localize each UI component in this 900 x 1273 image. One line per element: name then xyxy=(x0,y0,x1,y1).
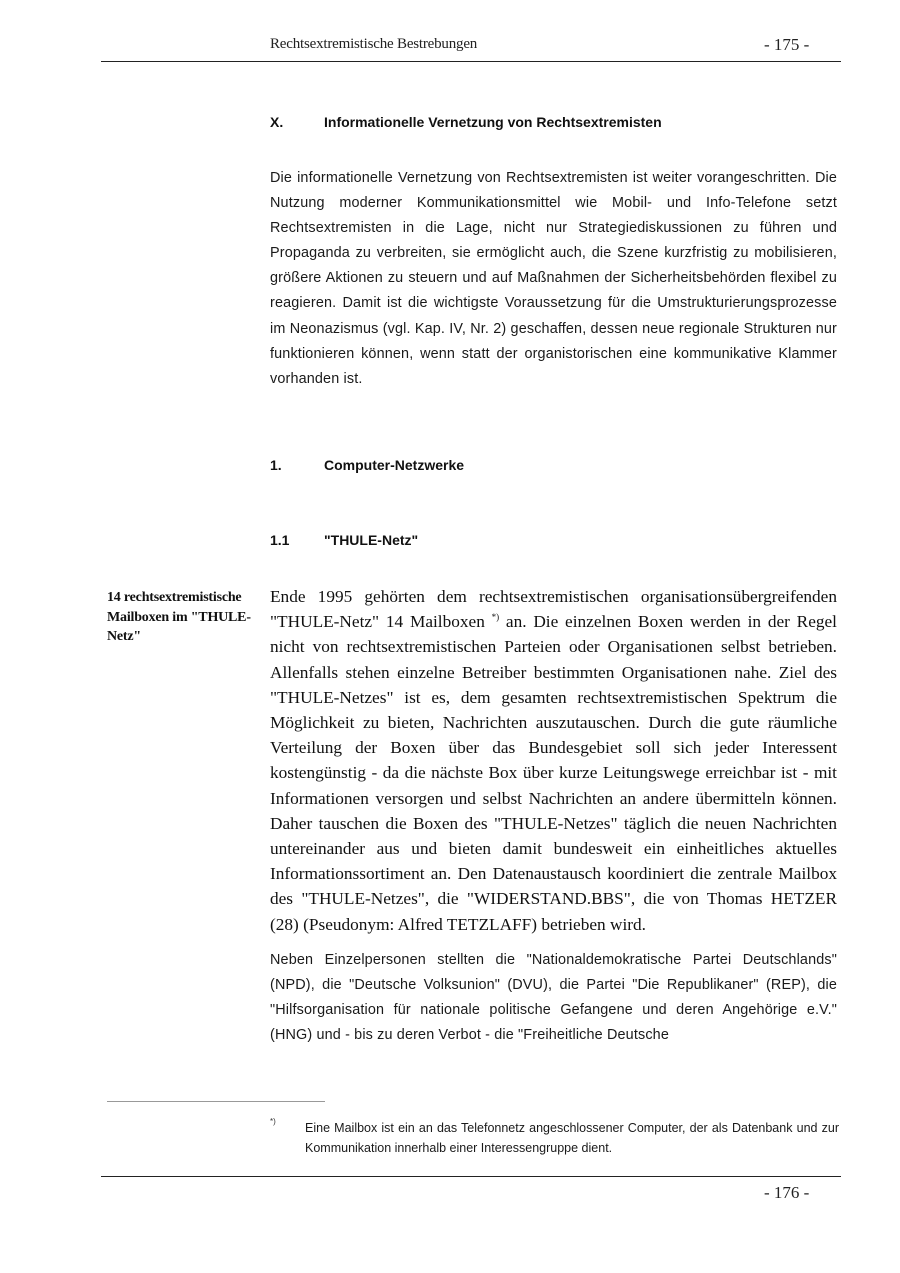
section-title: Informationelle Vernetzung von Rechtsext… xyxy=(324,114,662,130)
footnote-mark: *) xyxy=(270,1117,276,1126)
intro-paragraph: Die informationelle Vernetzung von Recht… xyxy=(270,166,837,392)
footnote-separator xyxy=(107,1101,325,1102)
footnote-reference[interactable]: *) xyxy=(492,612,500,622)
page-number-bottom: - 176 - xyxy=(764,1183,809,1203)
running-header-title: Rechtsextremistische Bestrebungen xyxy=(270,36,477,53)
subsection-heading: 1.Computer-Netzwerke xyxy=(270,457,464,473)
subsubsection-title: "THULE-Netz" xyxy=(324,532,418,548)
neben-paragraph: Neben Einzelpersonen stellten die "Natio… xyxy=(270,948,837,1048)
margin-note: 14 rechtsextremistische Mailboxen im "TH… xyxy=(107,588,267,647)
footer-rule xyxy=(101,1176,841,1177)
subsubsection-number: 1.1 xyxy=(270,532,324,548)
subsubsection-heading: 1.1"THULE-Netz" xyxy=(270,532,418,548)
section-heading: X.Informationelle Vernetzung von Rechtse… xyxy=(270,114,662,130)
header-rule xyxy=(101,61,841,62)
page-number-top: - 175 - xyxy=(764,35,809,55)
footnote-text: Eine Mailbox ist ein an das Telefonnetz … xyxy=(305,1119,839,1158)
subsection-title: Computer-Netzwerke xyxy=(324,457,464,473)
thule-text-part2: an. Die einzelnen Boxen werden in der Re… xyxy=(270,612,837,933)
section-number: X. xyxy=(270,114,324,130)
subsection-number: 1. xyxy=(270,457,324,473)
thule-paragraph: Ende 1995 gehörten dem rechtsextremistis… xyxy=(270,584,837,937)
